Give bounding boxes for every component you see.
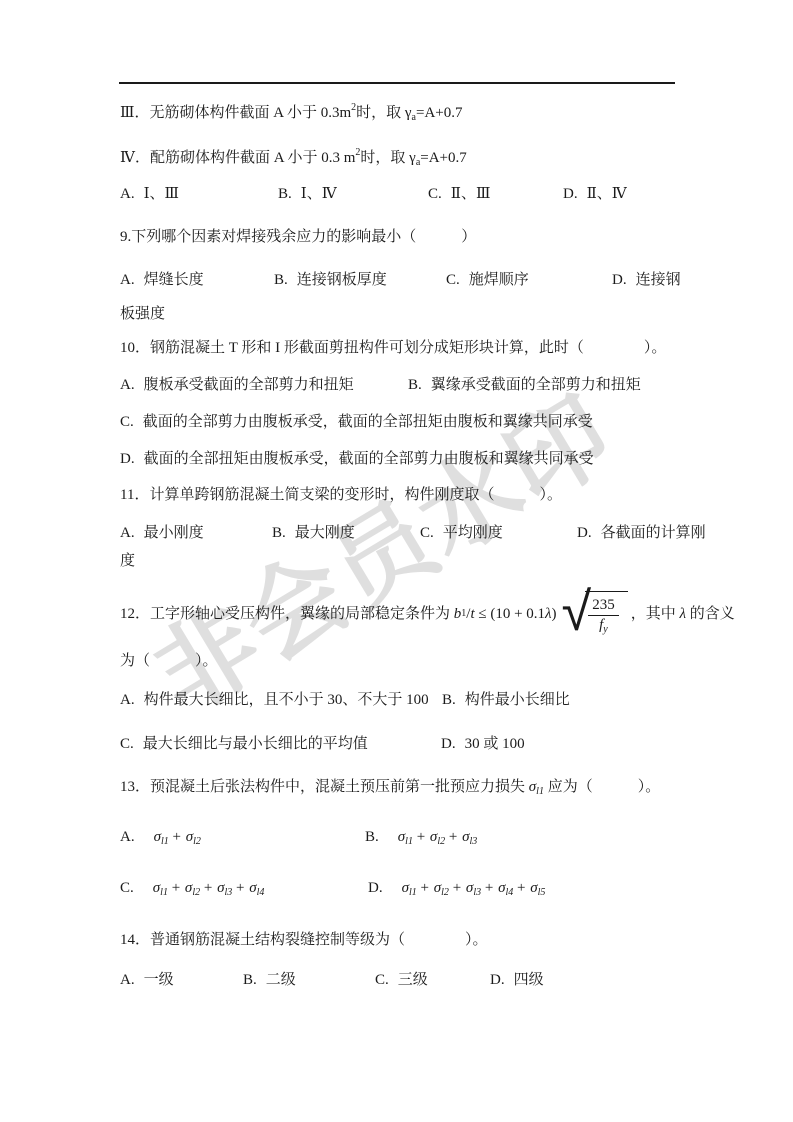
q12-option-c: C.最大长细比与最小长细比的平均值 [120,734,368,754]
option-label: C. [420,525,434,541]
fraction: 235fy [588,597,619,635]
sigma-sum: σl1 + σl2 + σl3 + σl4 [152,880,265,896]
question-text: 10．钢筋混凝土 T 形和 I 形截面剪扭构件可划分成矩形块计算，此时（ ）。 [120,340,666,356]
option-label: D. [441,736,456,752]
q9-option-c: C.施焊顺序 [446,270,529,290]
option-text: 30 或 100 [465,736,525,752]
q9-option-a: A.焊缝长度 [120,270,204,290]
q14-options-row: A.一级 B.二级 C.三级 D.四级 [120,970,680,992]
option-text: Ⅱ、Ⅳ [587,186,627,202]
option-label: D. [368,880,383,896]
question-text: 应为（ ）。 [544,779,660,795]
sigma-sum: σl1 + σl2 + σl3 + σl4 + σl5 [401,880,546,896]
question-9-text: 9.下列哪个因素对焊接残余应力的影响最小（ ） [120,227,476,247]
q12-option-b: B.构件最小长细比 [442,690,570,710]
q14-option-d: D.四级 [490,970,544,990]
q10-option-d: D.截面的全部扭矩由腹板承受，截面的全部剪力由腹板和翼缘共同承受 [120,449,594,469]
q10-option-c: C.截面的全部剪力由腹板承受，截面的全部扭矩由腹板和翼缘共同承受 [120,412,593,432]
statement-iv-post: =A+0.7 [420,150,467,166]
question-13-text: 13．预混凝土后张法构件中，混凝土预压前第一批预应力损失 σl1 应为（ ）。 [120,777,660,797]
q10-option-a: A.腹板承受截面的全部剪力和扭矩 [120,375,354,395]
q10-option-b: B.翼缘承受截面的全部剪力和扭矩 [408,375,641,395]
option-text: Ⅰ、Ⅲ [144,186,179,202]
close-paren: ) [552,604,557,624]
question-text: 9.下列哪个因素对焊接残余应力的影响最小（ ） [120,229,476,245]
question-text: 13．预混凝土后张法构件中，混凝土预压前第一批预应力损失 [120,779,529,795]
q11-option-d-continuation: 度 [120,551,135,571]
option-text: 各截面的计算刚 [601,525,706,541]
radical-body: 235fy [585,591,628,635]
q8-options-row: A.Ⅰ、Ⅲ B.Ⅰ、Ⅳ C.Ⅱ、Ⅲ D.Ⅱ、Ⅳ [120,184,680,206]
option-text: 构件最大长细比，且不小于 30、不大于 100 [144,692,429,708]
option-label: A. [120,525,135,541]
option-text: 一级 [144,972,174,988]
q11-option-d: D.各截面的计算刚 [577,523,706,543]
question-11-text: 11．计算单跨钢筋混凝土简支梁的变形时，构件刚度取（ ）。 [120,485,562,505]
statement-iv: Ⅳ．配筋砌体构件截面 A 小于 0.3 m2时，取 γa=A+0.7 [120,148,467,168]
option-text: 连接钢板厚度 [297,272,387,288]
option-text: 翼缘承受截面的全部剪力和扭矩 [431,377,641,393]
statement-iii-mid: 时，取 γ [356,105,411,121]
option-text: Ⅱ、Ⅲ [451,186,491,202]
q9-option-b: B.连接钢板厚度 [274,270,387,290]
q12-option-d: D.30 或 100 [441,734,525,754]
q11-options-row: A.最小刚度 B.最大刚度 C.平均刚度 D.各截面的计算刚 [120,523,680,545]
option-label: D. [563,186,578,202]
question-text: ，其中 [631,604,680,624]
option-text: 最大刚度 [295,525,355,541]
q14-option-b: B.二级 [243,970,296,990]
option-label: B. [408,377,422,393]
question-10-text: 10．钢筋混凝土 T 形和 I 形截面剪扭构件可划分成矩形块计算，此时（ ）。 [120,338,666,358]
q11-option-c: C.平均刚度 [420,523,503,543]
option-label: A. [120,692,135,708]
question-text: 14．普通钢筋混凝土结构裂缝控制等级为（ ）。 [120,932,488,948]
question-text: 11．计算单跨钢筋混凝土简支梁的变形时，构件刚度取（ ）。 [120,487,562,503]
statement-iv-pre: Ⅳ．配筋砌体构件截面 A 小于 0.3 m [120,150,355,166]
option-label: B. [274,272,288,288]
option-text: 三级 [398,972,428,988]
option-text: 二级 [266,972,296,988]
q12-option-a: A.构件最大长细比，且不小于 30、不大于 100 [120,690,429,710]
q13-options-row-cd: C.σl1 + σl2 + σl3 + σl4 D.σl1 + σl2 + σl… [120,878,680,900]
square-root: √235fy [562,590,628,638]
top-divider-line [119,82,675,84]
option-text: 截面的全部扭矩由腹板承受，截面的全部剪力由腹板和翼缘共同承受 [144,451,594,467]
option-text: 连接钢 [636,272,681,288]
option-label: B. [243,972,257,988]
q13-option-d: D.σl1 + σl2 + σl3 + σl4 + σl5 [368,878,545,898]
option-text: 腹板承受截面的全部剪力和扭矩 [144,377,354,393]
option-text: 施焊顺序 [469,272,529,288]
sigma-sum: σl1 + σl2 [153,829,201,845]
option-label: A. [120,972,135,988]
q13-option-a: A.σl1 + σl2 [120,827,201,847]
q9-option-d: D.连接钢 [612,270,681,290]
option-text: 最小刚度 [144,525,204,541]
q12-options-row-ab: A.构件最大长细比，且不小于 30、不大于 100 B.构件最小长细比 [120,690,680,712]
exam-page: Ⅲ．无筋砌体构件截面 A 小于 0.3m2时，取 γa=A+0.7 Ⅳ．配筋砌体… [0,0,793,1122]
option-label: A. [120,377,135,393]
condition-text: ≤ (10 + 0.1 [475,604,545,624]
option-label: C. [428,186,442,202]
option-text: 截面的全部剪力由腹板承受，截面的全部扭矩由腹板和翼缘共同承受 [143,414,593,430]
statement-iii-post: =A+0.7 [416,105,463,121]
q12-text-continuation: 为（ ）。 [120,651,218,671]
question-14-text: 14．普通钢筋混凝土结构裂缝控制等级为（ ）。 [120,930,488,950]
option-text: Ⅰ、Ⅳ [301,186,337,202]
option-label: A. [120,272,135,288]
sigma-sum: σl1 + σl2 + σl3 [397,829,478,845]
option-label: C. [446,272,460,288]
q14-option-c: C.三级 [375,970,428,990]
fraction-denominator: fy [599,616,608,635]
q10-options-row-ab: A.腹板承受截面的全部剪力和扭矩 B.翼缘承受截面的全部剪力和扭矩 [120,375,680,397]
option-label: D. [577,525,592,541]
statement-iii-pre: Ⅲ．无筋砌体构件截面 A 小于 0.3m [120,105,351,121]
q9-option-d-continuation: 板强度 [120,304,165,324]
subscript-l1: l1 [536,786,544,797]
question-12-text: 12．工字形轴心受压构件，翼缘的局部稳定条件为 b1/t ≤ (10 + 0.1… [120,585,735,643]
statement-iv-mid: 时，取 γ [360,150,415,166]
q8-option-a: A.Ⅰ、Ⅲ [120,184,179,204]
option-label: C. [375,972,389,988]
option-text: 度 [120,553,135,569]
statement-iii: Ⅲ．无筋砌体构件截面 A 小于 0.3m2时，取 γa=A+0.7 [120,103,463,123]
option-text: 构件最小长细比 [465,692,570,708]
option-label: C. [120,414,134,430]
option-label: D. [612,272,627,288]
q13-option-c: C.σl1 + σl2 + σl3 + σl4 [120,878,264,898]
q9-options-row: A.焊缝长度 B.连接钢板厚度 C.施焊顺序 D.连接钢 [120,270,680,292]
q11-option-b: B.最大刚度 [272,523,355,543]
fraction-numerator: 235 [588,597,619,616]
q14-option-a: A.一级 [120,970,174,990]
question-text: 12．工字形轴心受压构件，翼缘的局部稳定条件为 [120,604,454,624]
option-label: C. [120,880,134,896]
option-label: B. [272,525,286,541]
q8-option-b: B.Ⅰ、Ⅳ [278,184,337,204]
option-text: 焊缝长度 [144,272,204,288]
option-label: A. [120,829,135,845]
q13-option-b: B.σl1 + σl2 + σl3 [365,827,477,847]
option-label: D. [490,972,505,988]
q13-options-row-ab: A.σl1 + σl2 B.σl1 + σl2 + σl3 [120,827,680,849]
var-b: b [454,604,462,624]
option-label: C. [120,736,134,752]
subscript-y: y [603,624,607,635]
option-label: A. [120,186,135,202]
question-text: 的含义 [686,604,735,624]
option-label: D. [120,451,135,467]
q12-options-row-cd: C.最大长细比与最小长细比的平均值 D.30 或 100 [120,734,680,756]
option-text: 平均刚度 [443,525,503,541]
option-label: B. [365,829,379,845]
q11-option-a: A.最小刚度 [120,523,204,543]
option-text: 四级 [514,972,544,988]
question-text: 为（ ）。 [120,653,218,669]
q8-option-c: C.Ⅱ、Ⅲ [428,184,490,204]
q8-option-d: D.Ⅱ、Ⅳ [563,184,627,204]
option-text: 板强度 [120,306,165,322]
option-text: 最大长细比与最小长细比的平均值 [143,736,368,752]
option-label: B. [442,692,456,708]
option-label: B. [278,186,292,202]
